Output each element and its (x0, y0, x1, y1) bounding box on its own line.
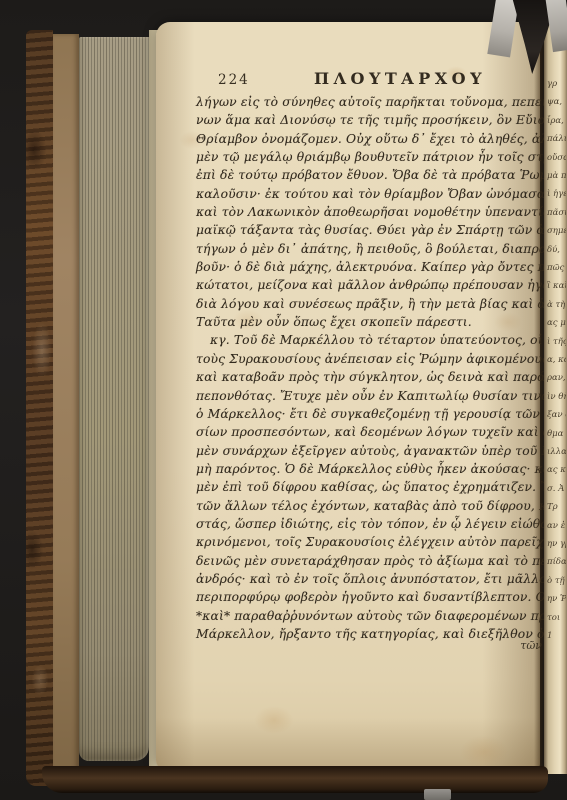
text-line: τοὺς Συρακουσίους ἀνέπεισαν εἰς Ῥώμην ἀφ… (196, 350, 543, 368)
text-line: βοῦν· ὁ δὲ διὰ μάχης, ἀλεκτρυόνα. Καίπερ… (196, 258, 543, 276)
text-line: σίων προσπεσόντων, καὶ δεομένων λόγων τυ… (196, 423, 543, 441)
text-line: καλοῦσιν· ἐκ τούτου καὶ τὸν θρίαμβον Ὄβα… (196, 185, 543, 203)
facing-page-text-fragment: ὰ τὴν δό (547, 299, 566, 313)
facing-page-text-fragment: ὸ τῇ (547, 575, 566, 589)
text-line: κώτατοι, μείζονα καὶ μᾶλλον ἀνθρώπῳ πρέπ… (196, 276, 543, 294)
page-number: 224 (218, 72, 250, 88)
fanned-page-block-edge (79, 37, 149, 761)
text-line: διὰ λόγου καὶ συνέσεως πρᾶξιν, ἢ τὴν μετ… (196, 295, 543, 313)
text-line: νων ἅμα καὶ Διονύσῳ τε τῆς τιμῆς προσήκε… (196, 111, 543, 129)
facing-page-text-fragment: ραν, (547, 372, 566, 386)
text-line: πεπονθότας. Ἔτυχε μὲν οὖν ἐν Καπιτωλίῳ θ… (196, 387, 543, 405)
facing-page-edge: γρψα,ἶρα, ὡς ἀπάλιν, πλοὔσαι πμὰ προσὶ ἡ… (544, 12, 567, 774)
facing-page-text-fragment: 1 (547, 630, 566, 644)
facing-page-text-fragment: ὶ τῆς ἄσ (547, 336, 566, 350)
text-line: Ταῦτα μὲν οὖν ὅπως ἔχει σκοπεῖν πάρεστι. (196, 313, 543, 331)
facing-page-text-fragment: α, καὶ κα (547, 354, 566, 368)
facing-page-text-fragment: τοι (547, 612, 566, 626)
text-line: τήγων ὁ μὲν δι᾽ ἀπάτης, ἢ πειθοῦς, ὃ βού… (196, 240, 543, 258)
facing-page-text-fragment: ὶ ἡγεῖσθ (547, 188, 566, 202)
book-cover-board-edge (53, 34, 79, 781)
facing-page-text-fragment: αν ἐγχώ (547, 520, 566, 534)
book-bottom-board-edge (42, 766, 548, 793)
facing-page-text-fragment: ὶν θὴ (547, 391, 566, 405)
text-line: λήγων εἰς τὸ σύνηθες αὐτοῖς παρῆκται τοὔ… (196, 93, 543, 111)
text-line: μὴ παρόντος. Ὁ δὲ Μάρκελλος εὐθὺς ἧκεν ἀ… (196, 460, 543, 478)
book-spine-leather (26, 30, 53, 786)
text-line: ἐπὶ δὲ τούτῳ πρόβατον ἔθυον. Ὄβα δὲ τὰ π… (196, 166, 543, 184)
facing-page-text-fragment: γρ (547, 78, 566, 92)
text-line: μὲν συνάρχων ἐξεῖργεν αὐτοὺς, ἀγανακτῶν … (196, 442, 543, 460)
text-line: δεινῶς μὲν συνεταράχθησαν πρὸς τὸ ἀξίωμα… (196, 552, 543, 570)
book-page: 224 ΠΛΟΥΤΑΡΧΟΥ λήγων εἰς τὸ σύνηθες αὐτο… (156, 22, 540, 770)
text-line: στάς, ὥσπερ ἰδιώτης, εἰς τὸν τόπον, ἐν ᾧ… (196, 515, 543, 533)
facing-page-text-fragment: πίδα (547, 556, 566, 570)
text-line: τῶν ἄλλων τέλος ἐχόντων, καταβὰς ἀπὸ τοῦ… (196, 497, 543, 515)
facing-page-text-fragment: πῶς Μά (547, 262, 566, 276)
text-line: κγ. Τοῦ δὲ Μαρκέλλου τὸ τέταρτον ὑπατεύο… (196, 331, 543, 349)
running-header: ΠΛΟΥΤΑΡΧΟΥ (314, 69, 486, 88)
text-line: καὶ καταβοᾶν πρὸς τὴν σύγκλητον, ὡς δειν… (196, 368, 543, 386)
text-line: ἀνδρός· καὶ τὸ ἐν τοῖς ὅπλοις ἀνυπόστατο… (196, 570, 543, 588)
facing-page-text-fragment: πᾶσι ἀδ (547, 207, 566, 221)
facing-page-text-fragment: ἳ καὶ πρ (547, 280, 566, 294)
facing-page-text-fragment: ξαν ατ (547, 409, 566, 423)
text-line: Μάρκελλον, ἤρξαντο τῆς κατηγορίας, καὶ δ… (196, 625, 543, 643)
facing-page-text-fragment: ψα, (547, 96, 566, 110)
facing-page-text-fragment: ιλλα Μ (547, 446, 566, 460)
facing-page-text-fragment: Τρ (547, 501, 566, 515)
facing-page-text-fragment: ην γρ (547, 538, 566, 552)
text-line: ὁ Μάρκελλος· ἔτι δὲ συγκαθεζομένῃ τῇ γερ… (196, 405, 543, 423)
text-line: *καὶ* παραθαῤῥυνόντων αὐτοὺς τῶν διαφερο… (196, 607, 543, 625)
text-line: Θρίαμβον ὀνομάζομεν. Οὐχ οὕτω δ᾽ ἔχει τὸ… (196, 130, 543, 148)
photo-background: 224 ΠΛΟΥΤΑΡΧΟΥ λήγων εἰς τὸ σύνηθες αὐτο… (0, 0, 567, 800)
facing-page-text-fragment: σημείοι (547, 225, 566, 239)
text-line: καὶ τὸν Λακωνικὸν ἀποθεωρῆσαι νομοθέτην … (196, 203, 543, 221)
text-line: μαϊκῷ τάξαντα τὰς θυσίας. Θύει γὰρ ἐν Σπ… (196, 221, 543, 239)
facing-page-text-fragment: μὰ προσ (547, 170, 566, 184)
text-line: κρινόμενοι, τοῖς Συρακουσίοις ἐλέγχειν α… (196, 533, 543, 551)
facing-page-text-fragment: ας μετα (547, 317, 566, 331)
facing-page-text-fragment: ἶρα, ὡς ἀ (547, 115, 566, 129)
text-line: μὲν ἐπὶ τοῦ δίφρου καθίσας, ὡς ὕπατος ἐχ… (196, 478, 543, 496)
page-text-block: λήγων εἰς τὸ σύνηθες αὐτοῖς παρῆκται τοὔ… (196, 93, 543, 643)
equipment-tag (424, 789, 451, 800)
text-line: μὲν τῷ μεγάλῳ θριάμβῳ βουθυτεῖν πάτριον … (196, 148, 543, 166)
facing-page-text-fragment: πάλιν, πλ (547, 133, 566, 147)
facing-page-text-fragment: οὔσαι π (547, 152, 566, 166)
facing-page-text-fragment: σ. Ἀ (547, 483, 566, 497)
facing-page-text-fragment: δύ, (547, 244, 566, 258)
facing-page-text-fragment: ην Ῥηγίν (547, 593, 566, 607)
facing-page-text-fragment: ας κατα (547, 464, 566, 478)
facing-page-text-fragment: θμα (547, 428, 566, 442)
text-line: περιπορφύρῳ φοβερὸν ἡγοῦντο καὶ δυσαντίβ… (196, 588, 543, 606)
